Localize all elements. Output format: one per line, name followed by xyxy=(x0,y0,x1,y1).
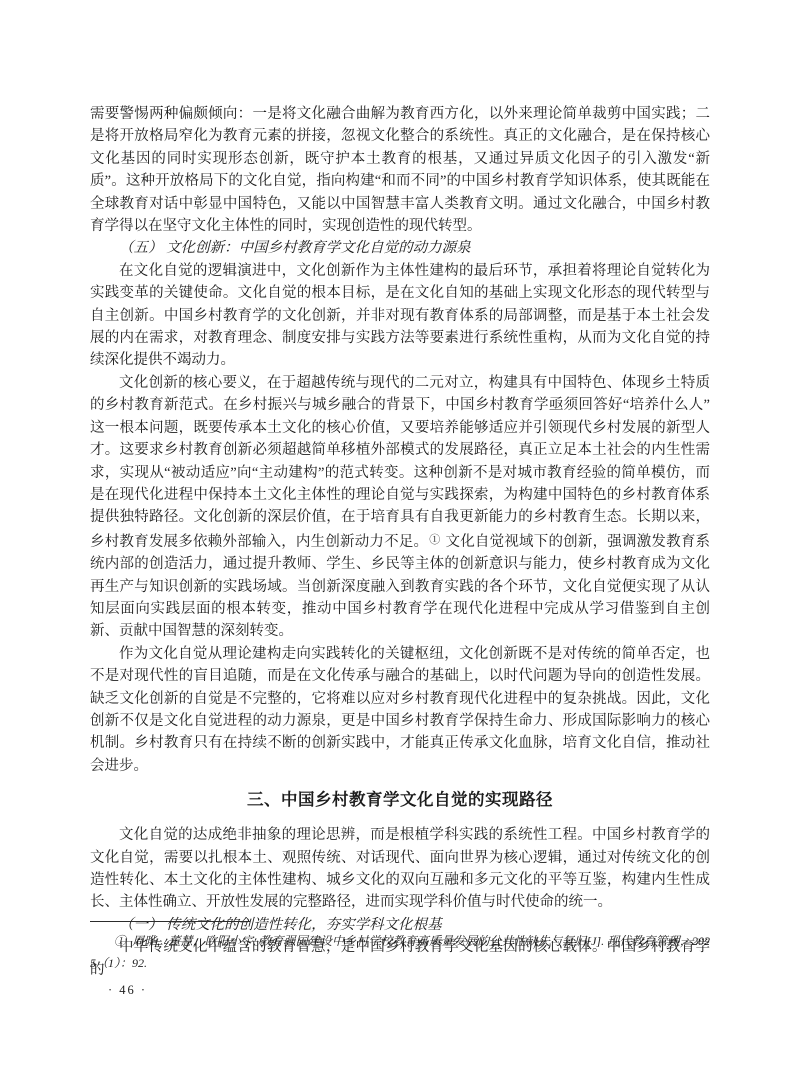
paragraph-key-hub: 作为文化自觉从理论建构走向实践转化的关键枢纽，文化创新既不是对传统的简单否定，也… xyxy=(90,643,710,777)
footnote: ①周晔，董慧，欧阳小宇. 教育强国建设中乡村学校教育高质量发展的公共性缺失与复归… xyxy=(90,931,710,974)
paragraph-core-text-before: 文化创新的核心要义，在于超越传统与现代的二元对立，构建具有中国特色、体现乡土特质… xyxy=(90,375,710,550)
paragraph-core-meaning: 文化创新的核心要义，在于超越传统与现代的二元对立，构建具有中国特色、体现乡土特质… xyxy=(90,372,710,643)
paragraph-continuation: 需要警惕两种偏颇倾向：一是将文化融合曲解为教育西方化，以外来理论简单裁剪中国实践… xyxy=(90,103,710,237)
footnote-citation: 周晔，董慧，欧阳小宇. 教育强国建设中乡村学校教育高质量发展的公共性缺失与复归[… xyxy=(90,934,710,970)
footnote-divider xyxy=(90,921,250,922)
journal-page: 需要警惕两种偏颇倾向：一是将文化融合曲解为教育西方化，以外来理论简单裁剪中国实践… xyxy=(0,0,800,1077)
subsection-heading-5: （五） 文化创新：中国乡村教育学文化自觉的动力源泉 xyxy=(90,237,710,259)
section-3-heading: 三、中国乡村教育学文化自觉的实现路径 xyxy=(90,790,710,810)
paragraph-logic-evolution: 在文化自觉的逻辑演进中，文化创新作为主体性建构的最后环节，承担着将理论自觉转化为… xyxy=(90,260,710,372)
paragraph-realization-path: 文化自觉的达成绝非抽象的理论思辨，而是根植学科实践的系统性工程。中国乡村教育学的… xyxy=(90,824,710,914)
article-body: 需要警惕两种偏颇倾向：一是将文化融合曲解为教育西方化，以外来理论简单裁剪中国实践… xyxy=(90,103,710,981)
footnote-marker: ① xyxy=(114,934,132,948)
footnote-ref-icon: ① xyxy=(428,534,445,546)
page-number: · 46 · xyxy=(90,982,710,998)
footnote-area: ①周晔，董慧，欧阳小宇. 教育强国建设中乡村学校教育高质量发展的公共性缺失与复归… xyxy=(90,921,710,998)
